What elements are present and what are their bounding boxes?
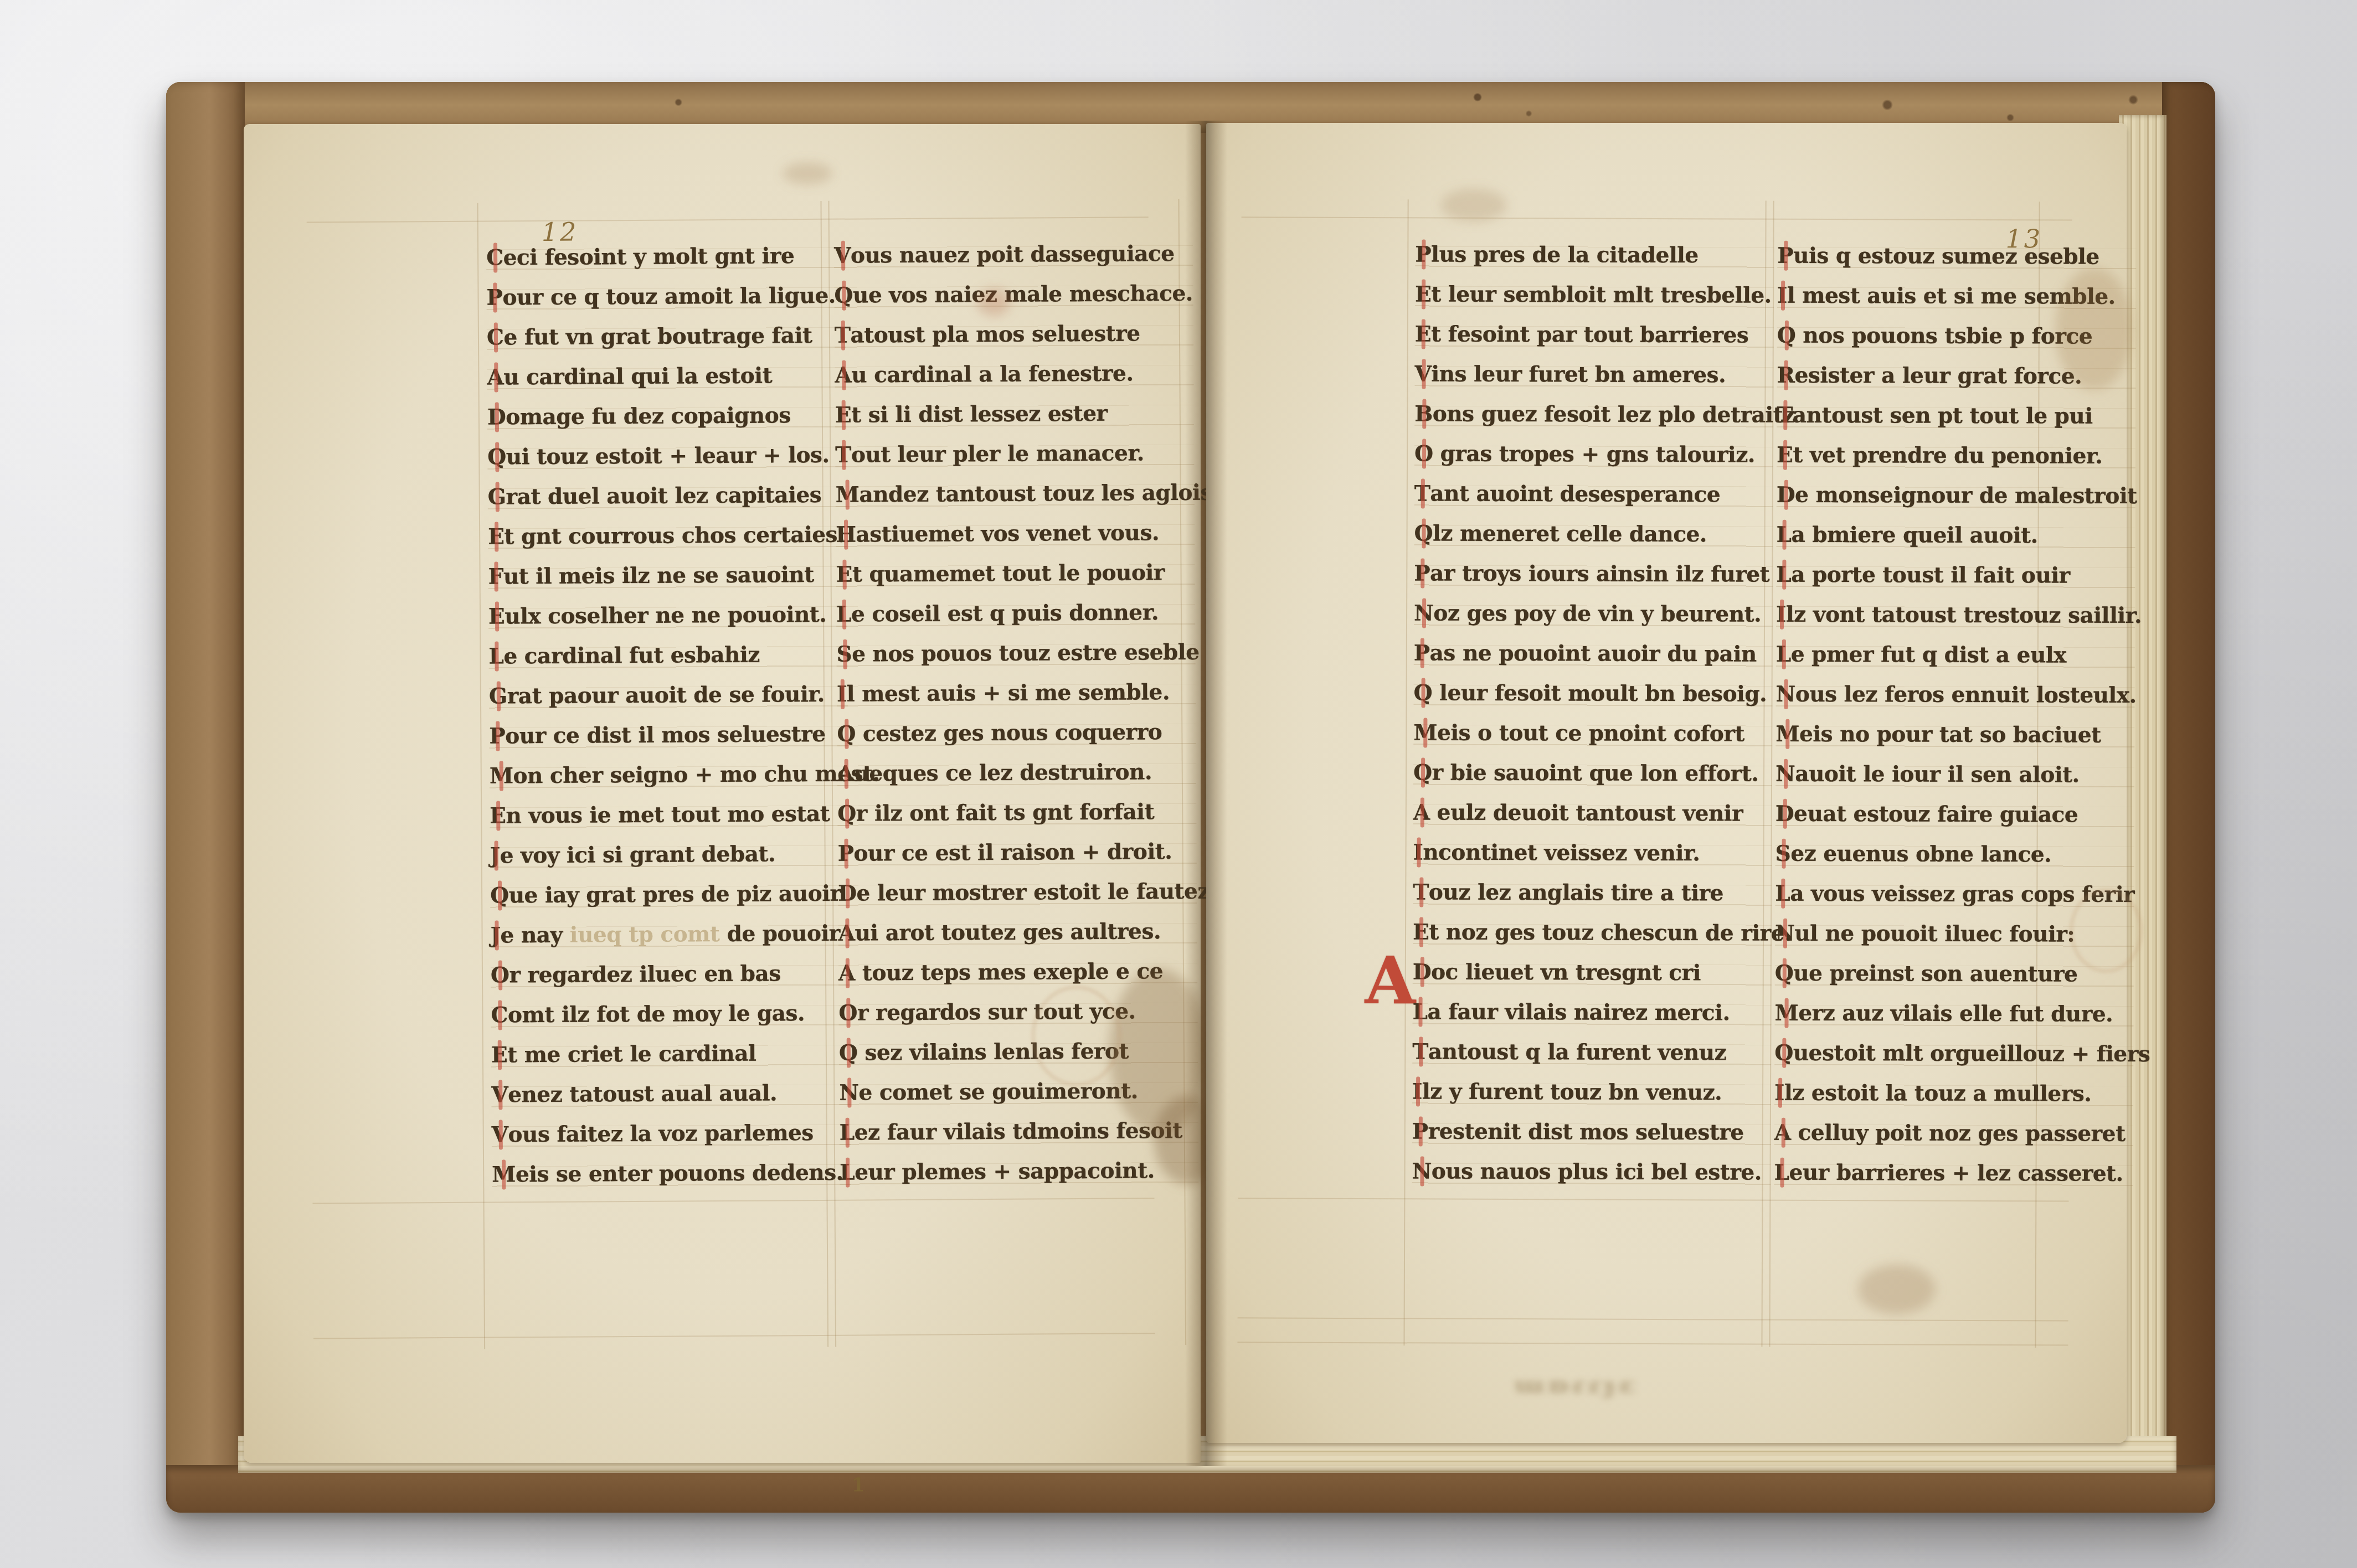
verse-text: e cardinal fut esbahiz [503,642,760,669]
left-page-folio-12: 12 Ceci fesoint y molt gnt irePour ce q … [244,124,1201,1463]
rubricated-versal: A [838,914,855,953]
manuscript-book: 12 Ceci fesoint y molt gnt irePour ce q … [166,82,2215,1513]
verse-text: eci fesoint y molt gnt ire [503,243,794,270]
rubricated-versal: L [840,1113,855,1152]
verse-text: r regardez iluec en bas [509,961,781,988]
rubricated-versal: P [1415,235,1431,274]
rubricated-versal: O [491,956,510,994]
verse-line: Nauoit le iour il sen aloit. [1776,755,2134,796]
ruling-line [1238,1317,2068,1321]
verse-line: Comt ilz fot de moy le gas. [491,994,850,1036]
verse-text: e monseignour de malestroit [1795,482,2137,509]
erased-text: iueq tp comt [563,921,727,948]
verse-text: our ce est il raison + droit. [853,839,1172,866]
rubricated-versal: N [839,1074,859,1112]
faded-ring-stain [1031,986,1121,1087]
rubricated-versal: Q [1775,954,1794,993]
verse-line: Au cardinal a la fenestre. [835,354,1193,396]
rubricated-versal: Q [490,876,509,915]
verse-line: Se nos pouos touz estre eseble [836,633,1195,675]
rubricated-versal: E [835,396,852,435]
verse-text: ous nauos plus ici bel estre. [1432,1159,1762,1185]
ink-offset-ghost: ɯɒɾɾɟɛ [1514,1371,1639,1399]
verse-text: ant auoint desesperance [1430,481,1720,508]
rubricated-versal: R [1777,356,1794,395]
rubricated-versal: A [837,755,854,793]
rubricated-versal: E [1777,436,1793,474]
verse-text: restenit dist mos seluestre [1428,1119,1744,1146]
verse-text: l mest auis + si me semble. [847,679,1170,707]
verse-text: e nay [500,922,562,948]
verse-line: Tatoust pla mos seluestre [835,314,1193,356]
verse-text: esister a leur grat force. [1794,363,2082,389]
verse-line: Au cardinal qui la estoit [487,356,846,398]
verse-text: r bie sauoint que lon effort. [1432,760,1758,787]
rubricated-versal: L [1776,515,1791,554]
rubricated-versal: J [490,916,500,955]
verse-line: Et quamemet tout le pouoir [836,553,1195,595]
rubricated-versal: P [1412,1112,1428,1151]
rubricated-versal: Q [839,1034,858,1072]
verse-text: r ilz ont fait ts gnt forfait [856,799,1155,826]
verse-line: Pas ne pouoint auoir du pain [1414,633,1773,674]
verse-line: Hastiuemet vos venet vous. [836,513,1195,555]
verse-line: Que vos naiez male meschace. [834,274,1193,316]
rubricated-versal: M [835,475,859,514]
verse-line: Le coseil est q puis donner. [836,593,1195,635]
rubricated-versal: Q [1413,753,1432,792]
verse-text: ul ne pouoit iluec fouir: [1794,921,2075,947]
rubricated-versal: D [838,874,857,913]
verse-text: ous lez feros ennuit losteulx. [1795,682,2137,708]
rubricated-versal: D [1413,952,1432,991]
rubricated-versal: A [838,954,855,993]
rubricated-versal: Q [1413,673,1432,712]
verse-text: auoit le iour il sen aloit. [1795,761,2080,788]
quire-mark: 1 [852,1474,865,1496]
rubricated-versal: S [836,635,852,674]
verse-line: Nous lez feros ennuit losteulx. [1776,675,2134,716]
verse-line: Questoit mlt orgueillouz + fiers [1774,1034,2133,1075]
verse-line: Meis o tout ce pnoint cofort [1413,713,1772,754]
verse-text: ue iay grat pres de piz auoir [508,881,841,909]
verse-text: t quamemet tout le pouoir [852,560,1165,587]
verse-line: Qr ilz ont fait ts gnt forfait [837,792,1196,834]
ruling-line [1237,1342,2068,1345]
verse-line: La faur vilais nairez merci. [1412,992,1771,1033]
verse-text: erz auz vilais elle fut dure. [1798,1000,2113,1027]
rubricated-versal: Q [1777,316,1796,355]
rubricated-versal: L [1776,555,1791,594]
verse-line: Et gnt courrous chos certaies. [488,515,847,558]
rubricated-versal: A [835,356,851,395]
verse-text: lz vont tatoust trestouz saillir. [1786,602,2142,628]
verse-text: eur plemes + sappacoint. [855,1158,1155,1185]
verse-text: e coseil est q puis donner. [851,600,1159,627]
rubricated-versal: P [486,278,502,317]
rubricated-versal: L [1775,874,1790,913]
verse-line: Sez euenus obne lance. [1775,834,2134,875]
verse-line: Grat paour auoit de se fouir. [489,675,848,717]
rubricated-versal: N [1412,1152,1431,1190]
verse-line: Fut il meis ilz ne se sauoint [488,555,847,597]
rubricated-versal: M [1774,994,1798,1033]
verse-line: Meis no pour tat so baciuet [1776,715,2134,756]
verse-line: Touz lez anglais tire a tire [1413,873,1772,914]
rubricated-versal: G [488,477,506,516]
verse-text: de pouoir [727,921,840,947]
verse-line: La porte toust il fait ouir [1776,555,2135,596]
rubricated-versal: I [837,675,847,714]
verse-line: Ce fut vn grat boutrage fait [487,316,846,358]
rubricated-versal: A [1413,793,1430,832]
verse-line: Q leur fesoit moult bn besoig. [1413,673,1772,714]
verse-text: andez tantoust touz les aglois [859,480,1212,508]
verse-text: omage fu dez copaignos [506,403,791,430]
rubricated-versal: I [1412,1072,1422,1111]
verse-text: e nos pouos touz estre eseble [852,639,1200,667]
photo-background: 12 Ceci fesoint y molt gnt irePour ce q … [0,0,2357,1568]
verse-text: ous nauez poit dasseguiace [851,241,1175,269]
verse-line: Bons guez fesoit lez plo detraitz [1414,394,1773,435]
verse-text: e leur mostrer estoit le fautez [856,879,1210,906]
rubricated-versal: P [1414,554,1430,592]
verse-text: u cardinal a la fenestre. [851,360,1134,388]
rubricated-versal: G [489,677,507,715]
text-column-3: Plus pres de la citadelleEt leur sembloi… [1412,235,1774,1193]
verse-line: Domage fu dez copaignos [487,396,846,438]
verse-text: nos pouons tsbie p force [1795,323,2092,349]
verse-text: gras tropes + gns talouriz. [1433,441,1755,468]
verse-text: a porte toust il fait ouir [1791,562,2070,589]
verse-text: t leur sembloit mlt tresbelle. [1431,282,1772,308]
rubricated-versal: M [492,1155,516,1194]
page-stain [2055,268,2133,390]
verse-line: Aueques ce lez destruiron. [837,752,1196,795]
verse-line: Vous faitez la voz parlemes [492,1113,851,1156]
verse-line: Q cestez ges nous coquerro [837,713,1196,755]
verse-text: ueques ce lez destruiron. [853,759,1152,786]
verse-text: e voy ici si grant debat. [500,841,775,868]
rubricated-versal: T [835,316,851,355]
verse-text: ouz lez anglais tire a tire [1429,880,1723,906]
verse-text: eur barrieres + lez casseret. [1789,1160,2123,1187]
rubricated-versal: T [1777,396,1793,435]
verse-line: Pour ce q touz amoit la ligue. [486,276,845,318]
rubricated-versal: L [1774,1153,1789,1192]
rubricated-versal: P [1414,633,1430,672]
text-column-1: Ceci fesoint y molt gnt irePour ce q tou… [486,236,851,1195]
verse-line: Deuat estouz faire guiace [1776,795,2134,835]
verse-line: A celluy poit noz ges passeret [1774,1113,2133,1154]
rubricated-versal: L [836,595,851,634]
verse-line: Ilz estoit la touz a mullers. [1774,1074,2133,1115]
verse-line: Merz auz vilais elle fut dure. [1774,994,2133,1035]
verse-text: omt ilz fot de moy le gas. [508,1000,805,1028]
leather-cover-right-edge [2162,82,2215,1513]
rubricated-versal: A [1774,1113,1791,1152]
verse-line: Le cardinal fut esbahiz [488,635,847,677]
ruling-line [313,1198,1155,1204]
verse-text: eis o tout ce pnoint cofort [1437,720,1744,747]
verse-line: Il mest auis + si me semble. [837,673,1196,715]
rubricated-versal: Q [1414,514,1433,553]
verse-line: De leur mostrer estoit le fautez [838,872,1197,914]
verse-line: Or regardez iluec en bas [491,954,850,996]
rubricated-versal: L [840,1153,855,1192]
rubricated-versal: L [1776,635,1791,674]
verse-text: leur fesoit moult bn besoig. [1432,680,1767,707]
verse-text: ut il meis ilz ne se sauoint [503,562,814,589]
verse-line: Et vet prendre du penonier. [1777,436,2135,477]
verse-text: ous faitez la voz parlemes [508,1120,813,1147]
rubricated-versal: D [487,398,506,436]
verse-text: ui arot toutez ges aultres. [855,919,1161,946]
rubricated-versal: L [488,637,503,675]
verse-line: Venez tatoust aual aual. [491,1074,850,1116]
rubricated-versal: V [1414,354,1431,393]
rubricated-versal: P [837,834,853,873]
rubricated-versal: L [1412,992,1427,1031]
rubricated-versal: C [491,996,508,1034]
verse-text: ar troys iours ainsin ilz furet [1430,561,1769,587]
rubricated-versal: I [1777,276,1787,315]
verse-line: Prestenit dist mos seluestre [1412,1112,1771,1153]
verse-line: Ceci fesoint y molt gnt ire [486,236,845,278]
verse-line: Nous nauos plus ici bel estre. [1412,1152,1771,1193]
verse-text: n vous ie met tout mo estat [506,801,830,829]
verse-line: Pour ce dist il mos seluestre [489,715,848,757]
rubricated-versal: N [1414,594,1433,632]
verse-text: ins leur furet bn ameres. [1431,362,1726,388]
rubricated-versal: T [1414,474,1430,513]
rubricated-versal: E [491,1035,508,1074]
rubricated-versal: O [1414,434,1433,473]
verse-text: t noz ges touz chescun de rire. [1429,920,1792,946]
verse-line: A eulz deuoit tantoust venir [1413,793,1772,834]
ruling-line [1403,199,1408,1345]
verse-line: La bmiere queil auoit. [1776,515,2135,556]
rubricated-versal: I [1413,833,1423,871]
page-stain [1441,189,1507,222]
verse-line: Meis se enter pouons dedens. [492,1153,851,1195]
verse-text: ez euenus obne lance. [1790,841,2051,868]
verse-line: Tantoust sen pt tout le pui [1777,396,2135,437]
rubricated-versal: O [838,994,857,1033]
book-gutter-shadow [1185,121,1227,1466]
verse-line: Tantoust q la furent venuz [1412,1032,1771,1073]
verse-line: En vous ie met tout mo estat [490,795,848,837]
verse-line: ADoc lieuet vn tresgnt cri [1413,952,1772,993]
verse-line: Et si li dist lessez ester [835,394,1194,436]
verse-line: Grat duel auoit lez capitaies [488,476,847,518]
verse-line: Ilz vont tatoust trestouz saillir. [1776,595,2135,636]
ruling-line [1242,216,2072,220]
verse-text: lus pres de la citadelle [1431,242,1699,269]
rubricated-versal: V [491,1075,508,1114]
verse-text: on cher seigno + mo chu mest. [513,761,879,788]
rubricated-versal: E [488,517,505,556]
rubricated-versal: D [1777,476,1795,514]
faded-ring-stain [2070,889,2143,973]
rubricated-versal: C [486,238,503,277]
rubricated-versal: T [1413,873,1429,911]
verse-text: ons guez fesoit lez plo detraitz [1433,401,1795,428]
verse-text: our ce dist il mos seluestre [505,721,826,749]
rubricated-versal: M [1413,713,1437,752]
rubricated-versal: I [1776,595,1786,634]
verse-text: eis se enter pouons dedens. [516,1160,843,1188]
ruling-line [307,216,1149,223]
verse-text: uis q estouz sumez eseble [1793,243,2099,270]
rubricated-versal: E [490,796,506,835]
verse-line: Noz ges poy de vin y beurent. [1414,594,1773,635]
rubricated-versal: Q [487,437,506,476]
rubricated-versal: M [490,756,513,795]
verse-text: u cardinal qui la estoit [503,363,772,390]
verse-text: antoust q la furent venuz [1428,1039,1727,1066]
verse-line: Je nay iueq tp comt de pouoir [490,914,849,956]
rubricated-versal: B [1414,394,1433,433]
verse-line: Tout leur pler le manacer. [835,434,1194,476]
rubricated-versal: E [1415,275,1431,313]
verse-text: celluy poit noz ges passeret [1790,1120,2125,1147]
verse-line: Mandez tantoust touz les aglois [835,473,1194,515]
verse-line: Aui arot toutez ges aultres. [838,912,1197,954]
verse-line: Leur barrieres + lez casseret. [1774,1153,2133,1194]
verse-text: ulx coselher ne ne pouoint. [505,602,826,630]
verse-text: ncontinet veissez venir. [1423,839,1700,866]
verse-line: Qr bie sauoint que lon effort. [1413,753,1772,794]
verse-text: ue vos naiez male meschace. [853,281,1193,308]
rubricated-versal: E [836,555,852,594]
verse-text: rat paour auoit de se fouir. [507,682,825,709]
rubricated-versal: V [834,236,851,275]
rubricated-versal: S [1775,834,1790,873]
verse-text: eis no pour tat so baciuet [1799,721,2101,748]
verse-text: ue preinst son auenture [1793,961,2077,987]
verse-text: a bmiere queil auoit. [1791,522,2037,549]
verse-text: t fesoint par tout barrieres [1431,322,1748,348]
verse-line: Eulx coselher ne ne pouoint. [488,595,847,637]
decorated-initial: A [1365,948,1416,1013]
rubricated-versal: C [487,318,504,357]
rubricated-versal: Q [837,715,856,754]
verse-line: Mon cher seigno + mo chu mest. [490,755,848,797]
verse-text: t vet prendre du penonier. [1793,442,2102,469]
verse-text: lz estoit la touz a mullers. [1784,1080,2092,1107]
rubricated-versal: F [488,557,503,596]
verse-text: t gnt courrous chos certaies. [504,522,845,550]
verse-line: Vins leur furet bn ameres. [1414,354,1773,395]
rubricated-versal: A [487,358,503,396]
verse-line: Qui touz estoit + leaur + los. [487,436,846,478]
ruling-line [313,1333,1155,1339]
rubricated-versal: Q [837,795,856,833]
rubricated-versal: Q [834,276,853,315]
rubricated-versal: T [835,436,851,474]
rubricated-versal: N [1776,755,1795,793]
rubricated-versal: E [1415,314,1431,353]
rubricated-versal: E [488,597,505,636]
verse-text: out leur pler le manacer. [851,440,1144,467]
verse-line: Que iay grat pres de piz auoir [490,874,849,916]
verse-text: e comet se gouimeront. [858,1078,1138,1105]
verse-text: cestez ges nous coquerro [856,719,1162,746]
verse-text: oz ges poy de vin y beurent. [1433,601,1761,627]
verse-line: Et fesoint par tout barrieres [1415,314,1774,355]
verse-line: O gras tropes + gns talouriz. [1414,434,1773,475]
verse-line: Vous nauez poit dasseguiace [834,234,1193,276]
verse-text: enez tatoust aual aual. [508,1080,777,1107]
verse-line: Ilz y furent touz bn venuz. [1412,1072,1771,1113]
page-stain [1858,1264,1936,1314]
verse-text: touz teps mes exeple e ce [855,958,1164,986]
verse-line: Leur plemes + sappacoint. [840,1151,1198,1193]
verse-line: Et noz ges touz chescun de rire. [1413,912,1772,953]
verse-line: Incontinet veissez venir. [1413,833,1772,874]
rubricated-versal: P [1777,236,1793,275]
rubricated-versal: I [1774,1074,1784,1112]
verse-text: euat estouz faire guiace [1794,801,2078,828]
verse-line: Et me criet le cardinal [491,1034,850,1076]
verse-text: ui touz estoit + leaur + los. [506,442,830,470]
verse-text: oc lieuet vn tresgnt cri [1431,960,1701,986]
verse-text: lz meneret celle dance. [1433,521,1707,548]
ruling-line [1238,1198,2068,1201]
verse-line: Je voy ici si grant debat. [490,834,848,876]
rubricated-versal: J [490,836,500,875]
verse-text: a faur vilais nairez merci. [1427,999,1730,1025]
rubricated-versal: N [1776,675,1795,714]
rubricated-versal: H [836,515,856,554]
verse-line: Et leur sembloit mlt tresbelle. [1415,275,1774,316]
verse-line: De monseignour de malestroit [1777,476,2135,517]
fox-spot [977,288,1010,316]
verse-text: t me criet le cardinal [507,1041,756,1068]
verse-line: Par troys iours ainsin ilz furet [1414,554,1773,595]
verse-line: Tant auoint desesperance [1414,474,1773,515]
verse-text: rat duel auoit lez capitaies [506,482,821,509]
verse-text: eulz deuoit tantoust venir [1429,800,1743,827]
verse-line: Plus pres de la citadelle [1415,235,1774,276]
verse-text: antoust sen pt tout le pui [1793,403,2093,429]
verse-text: as ne pouoint auoir du pain [1430,641,1757,667]
rubricated-versal: Q [1774,1034,1793,1072]
rubricated-versal: D [1776,795,1794,833]
rubricated-versal: M [1776,715,1799,754]
leather-cover-left-edge [166,82,245,1513]
verse-line: Le pmer fut q dist a eulx [1776,635,2135,676]
rubricated-versal: P [489,716,505,755]
verse-text: t si li dist lessez ester [851,401,1108,428]
verse-text: uestoit mlt orgueillouz + fiers [1793,1040,2150,1067]
verse-text: e pmer fut q dist a eulx [1791,642,2066,668]
ruling-line [477,203,485,1349]
verse-text: our ce q touz amoit la ligue. [502,283,836,311]
verse-text: e fut vn grat boutrage fait [503,323,812,350]
rubricated-versal: V [492,1115,508,1154]
verse-line: Pour ce est il raison + droit. [837,832,1196,874]
fox-spot [783,162,832,185]
verse-text: lz y furent touz bn venuz. [1422,1079,1722,1105]
rubricated-versal: N [1775,914,1794,953]
right-page-folio-13: 13 Plus pres de la citadelleEt leur semb… [1206,123,2127,1443]
verse-text: atoust pla mos seluestre [850,321,1140,348]
verse-line: Qlz meneret celle dance. [1414,514,1773,555]
rubricated-versal: T [1412,1032,1428,1071]
verse-text: astiuemet vos venet vous. [856,520,1159,547]
